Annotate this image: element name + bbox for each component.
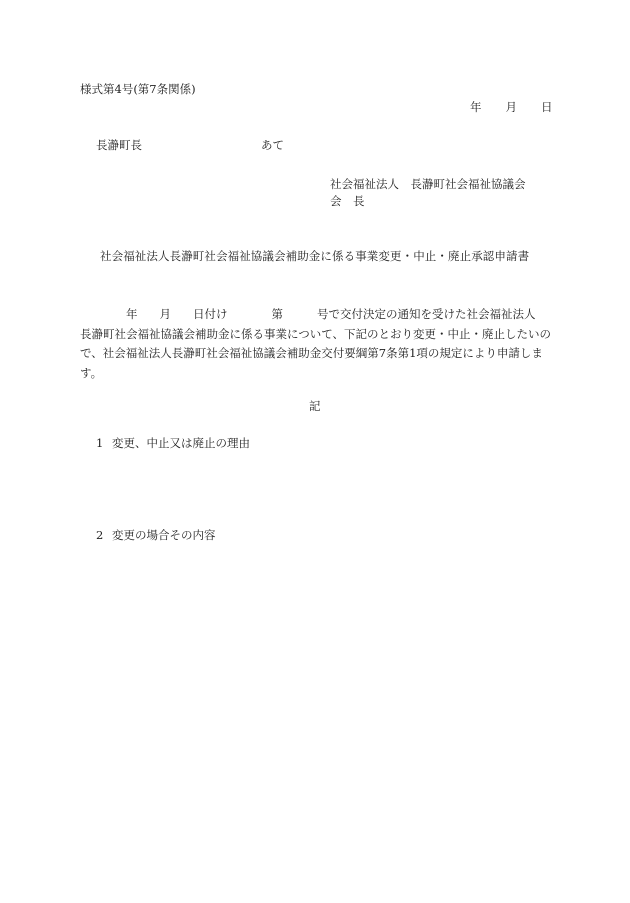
addressee-name: 長瀞町長 [96,138,142,152]
item-label: 変更の場合その内容 [112,528,216,542]
body-line-1: 年月日付け第号で交付決定の通知を受けた社会福祉法人 [80,305,552,325]
applicant-title: 会 長 [330,193,526,210]
body-line1-rest: 号で交付決定の通知を受けた社会福祉法人 [317,307,536,321]
addressee-suffix: あて [261,138,284,152]
body-number-prefix: 第 [272,307,284,321]
body-day-label: 日付け [193,307,228,321]
body-line-3: で、社会福祉法人長瀞町社会福祉協議会補助金交付要綱第7条第1項の規定により申請し… [80,344,552,364]
item-number: 2 [96,528,112,542]
applicant-block: 社会福祉法人 長瀞町社会福祉協議会 会 長 [330,176,526,210]
item-number: 1 [96,436,112,450]
body-month-label: 月 [160,307,172,321]
body-line-4: す。 [80,364,552,384]
form-number: 様式第4号(第7条関係) [80,82,196,96]
date-year-label: 年 [470,100,482,114]
applicant-organization: 社会福祉法人 長瀞町社会福祉協議会 [330,176,526,193]
body-paragraph: 年月日付け第号で交付決定の通知を受けた社会福祉法人 長瀞町社会福祉協議会補助金に… [80,305,552,383]
document-title: 社会福祉法人長瀞町社会福祉協議会補助金に係る事業変更・中止・廃止承認申請書 [100,249,529,263]
date-month-label: 月 [506,100,518,114]
date-day-label: 日 [541,100,553,114]
body-line-2: 長瀞町社会福祉協議会補助金に係る事業について、下記のとおり変更・中止・廃止したい… [80,325,552,345]
date-line: 年月日 [470,100,553,114]
ki-heading: 記 [309,399,321,413]
list-item: 1変更、中止又は廃止の理由 [96,436,250,450]
list-item: 2変更の場合その内容 [96,528,216,542]
item-label: 変更、中止又は廃止の理由 [112,436,250,450]
addressee: 長瀞町長 あて [96,138,142,152]
body-year-label: 年 [126,307,138,321]
